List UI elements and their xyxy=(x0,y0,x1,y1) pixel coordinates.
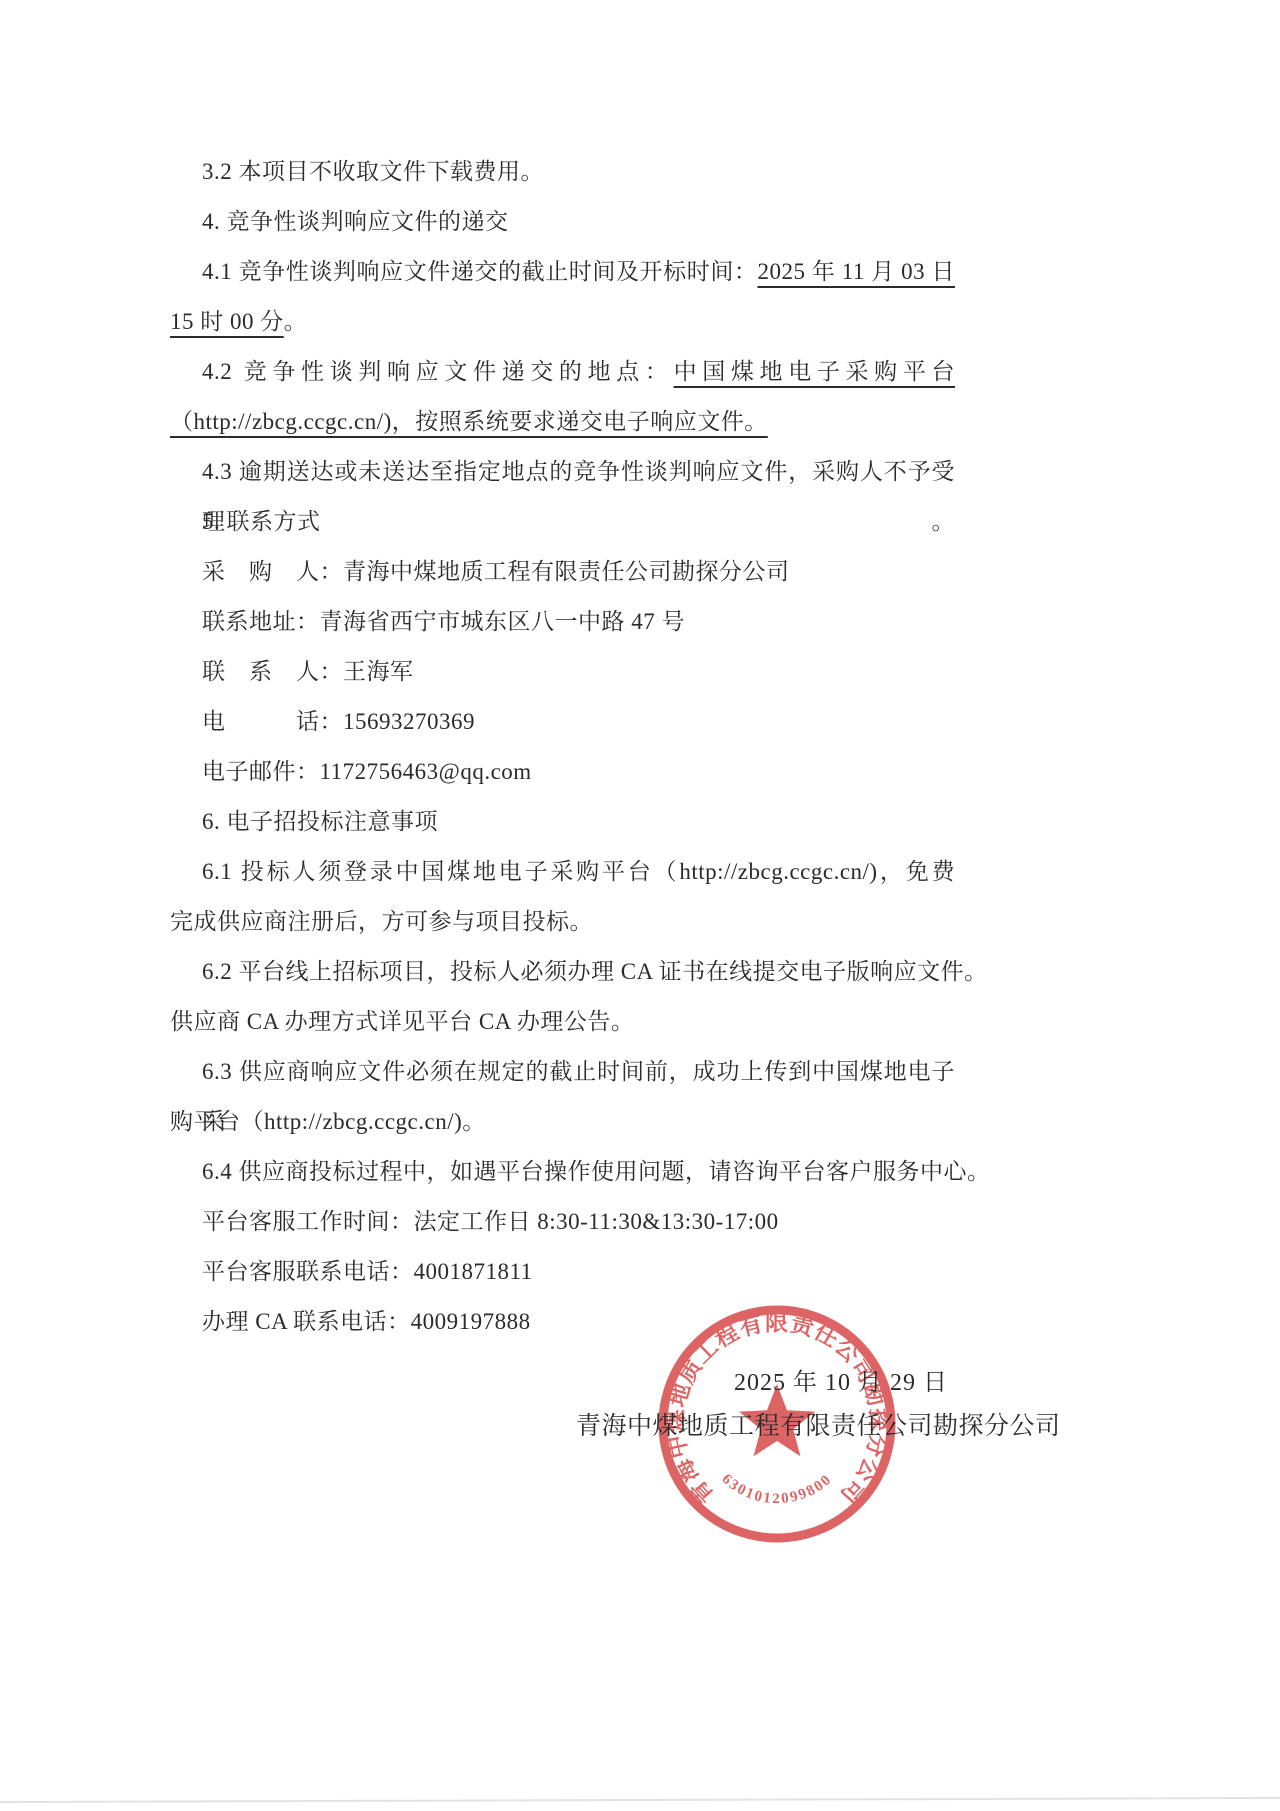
text-segment: 4.1 竞争性谈判响应文件递交的截止时间及开标时间： xyxy=(202,259,758,284)
text-segment: 6.1 投标人须登录中国煤地电子采购平台（http://zbcg.ccgc.cn… xyxy=(202,859,955,884)
document-body: 3.2 本项目不收取文件下载费用。4. 竞争性谈判响应文件的递交4.1 竞争性谈… xyxy=(170,147,955,1347)
document-line: 3.2 本项目不收取文件下载费用。 xyxy=(170,147,955,197)
text-segment: 电子邮件：1172756463@qq.com xyxy=(202,759,532,784)
text-segment: 采 购 人：青海中煤地质工程有限责任公司勘探分公司 xyxy=(202,559,790,584)
underlined-text-segment: 中国煤地电子采购平台 xyxy=(674,359,955,384)
page-bottom-edge xyxy=(0,1797,1280,1803)
text-segment: 完成供应商注册后，方可参与项目投标。 xyxy=(170,909,593,934)
text-segment: 4. 竞争性谈判响应文件的递交 xyxy=(202,209,509,234)
document-line: 6.2 平台线上招标项目，投标人必须办理 CA 证书在线提交电子版响应文件。 xyxy=(170,947,955,997)
text-segment: 6.4 供应商投标过程中，如遇平台操作使用问题，请咨询平台客户服务中心。 xyxy=(202,1159,991,1184)
text-segment: 6. 电子招投标注意事项 xyxy=(202,809,438,834)
underlined-text-segment: （http://zbcg.ccgc.cn/)，按照系统要求递交电子响应文件。 xyxy=(170,409,768,434)
document-line: 联 系 人：王海军 xyxy=(170,647,955,697)
underlined-text-segment: 2025 年 11 月 03 日 xyxy=(758,259,956,284)
text-segment: 3.2 本项目不收取文件下载费用。 xyxy=(202,159,544,184)
signature-company: 青海中煤地质工程有限责任公司勘探分公司 xyxy=(576,1402,1061,1452)
text-segment: 联 系 人：王海军 xyxy=(202,659,414,684)
text-segment: 购平台（http://zbcg.ccgc.cn/)。 xyxy=(170,1109,486,1134)
document-line: 完成供应商注册后，方可参与项目投标。 xyxy=(170,897,955,947)
document-line: 购平台（http://zbcg.ccgc.cn/)。 xyxy=(170,1097,955,1147)
text-segment: 平台客服联系电话：4001871811 xyxy=(202,1259,533,1284)
text-segment: 联系地址：青海省西宁市城东区八一中路 47 号 xyxy=(202,609,685,634)
text-segment: 供应商 CA 办理方式详见平台 CA 办理公告。 xyxy=(170,1009,634,1034)
document-line: （http://zbcg.ccgc.cn/)，按照系统要求递交电子响应文件。 xyxy=(170,397,955,447)
document-line: 电子邮件：1172756463@qq.com xyxy=(170,747,955,797)
document-page: 3.2 本项目不收取文件下载费用。4. 竞争性谈判响应文件的递交4.1 竞争性谈… xyxy=(0,0,1280,1811)
document-line: 6.3 供应商响应文件必须在规定的截止时间前，成功上传到中国煤地电子采 xyxy=(170,1047,955,1097)
document-line: 4.1 竞争性谈判响应文件递交的截止时间及开标时间：2025 年 11 月 03… xyxy=(170,247,955,297)
text-segment: 平台客服工作时间：法定工作日 8:30-11:30&13:30-17:00 xyxy=(202,1209,779,1234)
document-line: 4.2 竞争性谈判响应文件递交的地点：中国煤地电子采购平台 xyxy=(170,347,955,397)
text-segment: 办理 CA 联系电话：4009197888 xyxy=(202,1309,531,1334)
text-segment: 5. 联系方式 xyxy=(202,509,321,534)
text-segment: 电 话：15693270369 xyxy=(202,709,475,734)
document-line: 6.1 投标人须登录中国煤地电子采购平台（http://zbcg.ccgc.cn… xyxy=(170,847,955,897)
document-line: 15 时 00 分。 xyxy=(170,297,955,347)
text-segment: 6.2 平台线上招标项目，投标人必须办理 CA 证书在线提交电子版响应文件。 xyxy=(202,959,988,984)
document-line: 4.3 逾期送达或未送达至指定地点的竞争性谈判响应文件，采购人不予受理。 xyxy=(170,447,955,497)
seal-code: 6301012099800 xyxy=(718,1471,835,1507)
text-segment: 4.2 竞争性谈判响应文件递交的地点： xyxy=(202,359,674,384)
underlined-text-segment: 15 时 00 分 xyxy=(170,309,284,334)
document-line: 采 购 人：青海中煤地质工程有限责任公司勘探分公司 xyxy=(170,547,955,597)
document-line: 平台客服联系电话：4001871811 xyxy=(170,1247,955,1297)
svg-text:6301012099800: 6301012099800 xyxy=(718,1471,835,1507)
document-line: 4. 竞争性谈判响应文件的递交 xyxy=(170,197,955,247)
document-line: 平台客服工作时间：法定工作日 8:30-11:30&13:30-17:00 xyxy=(170,1197,955,1247)
document-line: 6.4 供应商投标过程中，如遇平台操作使用问题，请咨询平台客户服务中心。 xyxy=(170,1147,955,1197)
document-line: 6. 电子招投标注意事项 xyxy=(170,797,955,847)
document-line: 电 话：15693270369 xyxy=(170,697,955,747)
document-line: 联系地址：青海省西宁市城东区八一中路 47 号 xyxy=(170,597,955,647)
text-segment: 。 xyxy=(284,309,308,334)
signature-date: 2025 年 10 月 29 日 xyxy=(734,1358,948,1408)
document-line: 供应商 CA 办理方式详见平台 CA 办理公告。 xyxy=(170,997,955,1047)
